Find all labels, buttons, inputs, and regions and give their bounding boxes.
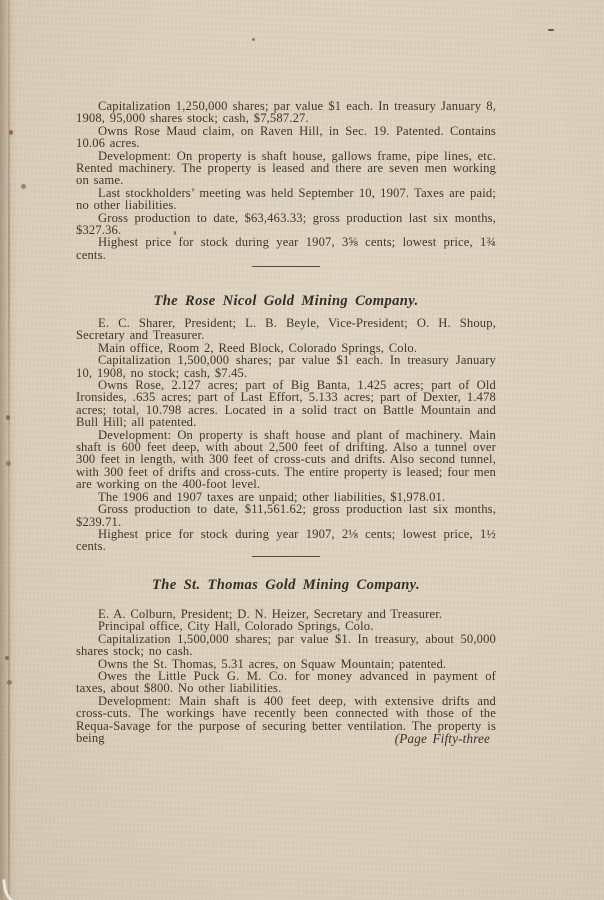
section-heading-st-thomas: The St. Thomas Gold Mining Company.: [76, 579, 496, 591]
paragraph-officers: E. C. Sharer, President; L. B. Beyle, Vi…: [76, 317, 496, 342]
paper-speck: [9, 130, 13, 135]
page-number: (Page Fifty-three: [76, 733, 496, 745]
paper-speck: [21, 184, 26, 189]
paper-speck: [6, 415, 10, 420]
paragraph-development: Development: On property is shaft house …: [76, 429, 496, 491]
paragraph-gross-production: Gross production to date, $63,463.33; gr…: [76, 212, 496, 237]
section-previous-company-continued: Capitalization 1,250,000 shares; par val…: [76, 100, 496, 261]
paragraph-capitalization: Capitalization 1,500,000 shares; par val…: [76, 354, 496, 379]
paper-speck: [548, 29, 554, 31]
binding-crease: [8, 0, 10, 900]
paragraph-capitalization: Capitalization 1,500,000 shares; par val…: [76, 633, 496, 658]
paragraph-capitalization: Capitalization 1,250,000 shares; par val…: [76, 100, 496, 125]
paper-speck: [6, 461, 11, 466]
section-rose-nicol: E. C. Sharer, President; L. B. Beyle, Vi…: [76, 317, 496, 553]
paragraph-owes: Owes the Little Puck G. M. Co. for money…: [76, 670, 496, 695]
paper-speck: [7, 680, 12, 685]
paragraph-stock-price: Highest price for stock during year 1907…: [76, 528, 496, 553]
paragraph-owns: Owns Rose, 2.127 acres; part of Big Bant…: [76, 379, 496, 429]
section-divider: [252, 556, 320, 557]
section-heading-rose-nicol: The Rose Nicol Gold Mining Company.: [76, 295, 496, 307]
page-curl-mark: [2, 877, 25, 900]
paper-speck: [5, 656, 9, 660]
paragraph-stock-price: Highest price for stock during year 1907…: [76, 236, 496, 261]
section-divider: [252, 266, 320, 267]
scanned-book-page: Capitalization 1,250,000 shares; par val…: [0, 0, 604, 900]
paragraph-development: Development: On property is shaft house,…: [76, 150, 496, 187]
section-st-thomas: E. A. Colburn, President; D. N. Heizer, …: [76, 608, 496, 744]
paragraph-gross-production: Gross production to date, $11,561.62; gr…: [76, 503, 496, 528]
text-column: Capitalization 1,250,000 shares; par val…: [76, 100, 496, 800]
paragraph-principal-office: Principal office, City Hall, Colorado Sp…: [76, 620, 496, 632]
paragraph-stockholders-meeting: Last stockholders’ meeting was held Sept…: [76, 187, 496, 212]
paragraph-owns: Owns Rose Maud claim, on Raven Hill, in …: [76, 125, 496, 150]
paper-speck: [252, 38, 255, 41]
